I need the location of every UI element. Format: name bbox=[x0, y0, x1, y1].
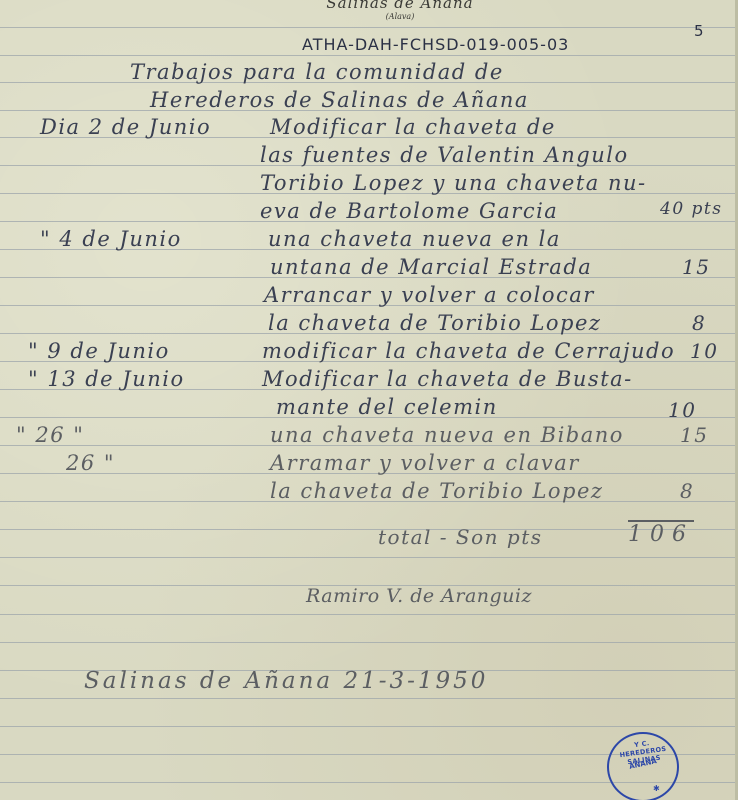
document-page: Salinas de Añana (Alava) ATHA-DAH-FCHSD-… bbox=[0, 0, 738, 800]
heading-line-1: Trabajos para la comunidad de bbox=[130, 60, 504, 84]
entry-text: las fuentes de Valentin Angulo bbox=[260, 143, 629, 167]
entry-amount: 10 bbox=[690, 339, 718, 363]
archive-reference: ATHA-DAH-FCHSD-019-005-03 bbox=[302, 35, 569, 54]
entry-text: una chaveta nueva en la bbox=[268, 227, 561, 251]
entry-date: " 26 " bbox=[16, 423, 84, 447]
letterhead-subtitle: (Alava) bbox=[300, 12, 500, 21]
entry-date: " 4 de Junio bbox=[40, 227, 182, 251]
total-label: total - Son pts bbox=[378, 525, 543, 549]
entry-date: Dia 2 de Junio bbox=[40, 115, 211, 139]
entry-text: Modificar la chaveta de Busta- bbox=[262, 367, 633, 391]
entry-amount: 15 bbox=[682, 255, 710, 279]
letterhead-title: Salinas de Añana bbox=[300, 0, 500, 12]
entry-text: Arrancar y volver a colocar bbox=[264, 283, 595, 307]
entry-text: untana de Marcial Estrada bbox=[270, 255, 592, 279]
entry-amount: 15 bbox=[680, 423, 708, 447]
ruled-line bbox=[0, 642, 735, 643]
ruled-line bbox=[0, 529, 735, 530]
entry-text: eva de Bartolome Garcia bbox=[260, 199, 558, 223]
entry-text: Toribio Lopez y una chaveta nu- bbox=[260, 171, 647, 195]
entry-text: mante del celemin bbox=[276, 395, 498, 419]
entry-text: Modificar la chaveta de bbox=[270, 115, 556, 139]
entry-text: la chaveta de Toribio Lopez bbox=[268, 311, 601, 335]
entry-text: la chaveta de Toribio Lopez bbox=[270, 479, 603, 503]
ruled-line bbox=[0, 557, 735, 558]
total-value: 106 bbox=[628, 522, 694, 547]
entry-date: " 13 de Junio bbox=[28, 367, 185, 391]
place-date: Salinas de Añana 21-3-1950 bbox=[84, 668, 488, 694]
entry-amount: 40 pts bbox=[660, 199, 722, 219]
entry-date: " 9 de Junio bbox=[28, 339, 170, 363]
entry-date: 26 " bbox=[66, 451, 115, 475]
ruled-line bbox=[0, 726, 735, 727]
signature: Ramiro V. de Aranguiz bbox=[306, 585, 532, 607]
entry-amount: 10 bbox=[668, 398, 696, 422]
ruled-line bbox=[0, 614, 735, 615]
entry-text: una chaveta nueva en Bibano bbox=[270, 423, 624, 447]
entry-text: modificar la chaveta de Cerrajudo bbox=[262, 339, 675, 363]
ruled-line bbox=[0, 698, 735, 699]
official-stamp: Y C. HEREDEROS SALINAS AÑANA ✱ bbox=[607, 732, 679, 800]
stamp-star-icon: ✱ bbox=[653, 784, 660, 793]
heading-line-2: Herederos de Salinas de Añana bbox=[150, 88, 529, 112]
entry-amount: 8 bbox=[692, 311, 706, 335]
entry-amount: 8 bbox=[680, 479, 694, 503]
ruled-line bbox=[0, 55, 735, 56]
page-number: 5 bbox=[694, 22, 704, 40]
ruled-line bbox=[0, 27, 735, 28]
entry-text: Arramar y volver a clavar bbox=[270, 451, 580, 475]
